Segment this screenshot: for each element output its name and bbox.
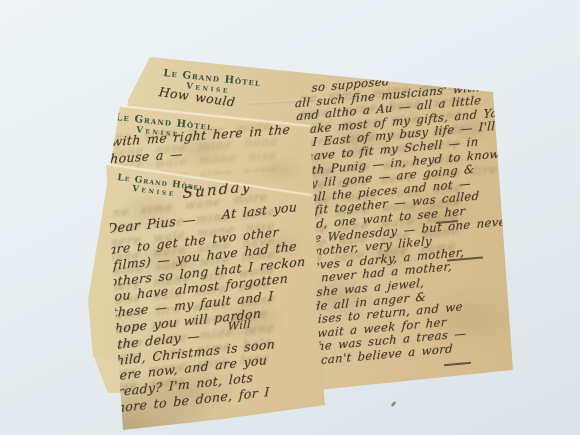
photo-of-letters: ne sime wane more lene save mine hone se… — [0, 0, 580, 435]
ink-speck — [390, 401, 396, 408]
ink-underline — [444, 362, 471, 366]
letter-body: are to get the two other films) — you ha… — [103, 220, 314, 417]
interlined-word: Will — [228, 318, 252, 334]
